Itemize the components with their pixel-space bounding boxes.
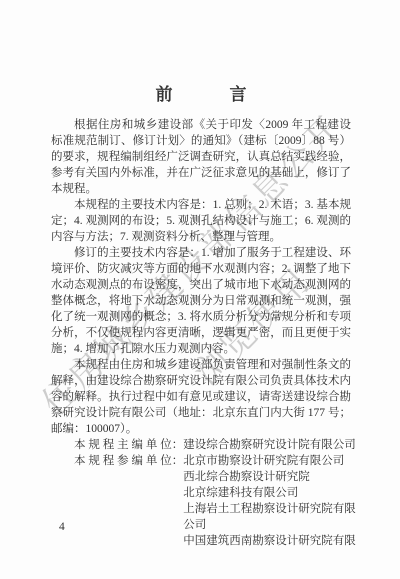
participating-editors-line: 本 规 程 参 编 单 位： 北京市勘察设计研究院有限公司 西北综合勘察设计研究… (51, 453, 351, 549)
participating-editor-item: 西北综合勘察设计研究院 (183, 469, 359, 485)
page-number: 4 (59, 521, 65, 533)
participating-editors-list: 北京市勘察设计研究院有限公司 西北综合勘察设计研究院 北京综建科技有限公司 上海… (183, 453, 359, 549)
paragraph-revision-contents: 修订的主要技术内容是：1. 增加了服务于工程建设、环境评价、防灾减灾等方面的地下… (51, 245, 351, 357)
chief-editor-value: 建设综合勘察研究设计院有限公司 (183, 437, 359, 453)
paragraph-main-contents: 本规程的主要技术内容是：1. 总则；2. 术语；3. 基本规定；4. 观测网的布… (51, 197, 351, 245)
paragraph-basis: 根据住房和城乡建设部《关于印发〈2009 年工程建设标准规范制订、修订计划〉的通… (51, 117, 351, 197)
participating-editor-item: 北京市勘察设计研究院有限公司 (183, 453, 359, 469)
document-body: 根据住房和城乡建设部《关于印发〈2009 年工程建设标准规范制订、修订计划〉的通… (51, 117, 351, 549)
participating-editors-label: 本 规 程 参 编 单 位： (74, 453, 183, 469)
participating-editor-item: 上海岩土工程勘察设计研究院有限公司 (183, 501, 359, 533)
chief-editor-label: 本 规 程 主 编 单 位： (74, 437, 183, 453)
paragraph-management: 本规程由住房和城乡建设部负责管理和对强制性条文的解释，由建设综合勘察研究设计院有… (51, 357, 351, 437)
participating-editor-item: 中国建筑西南勘察设计研究院有限 (183, 533, 359, 549)
participating-editor-item: 北京综建科技有限公司 (183, 485, 359, 501)
chief-editor-line: 本 规 程 主 编 单 位： 建设综合勘察研究设计院有限公司 (51, 437, 351, 453)
document-page: 住房城乡建设部信息公开 浏览使用 前 言 根据住房和城乡建设部《关于印发〈200… (0, 0, 400, 579)
page-title: 前 言 (51, 80, 351, 105)
